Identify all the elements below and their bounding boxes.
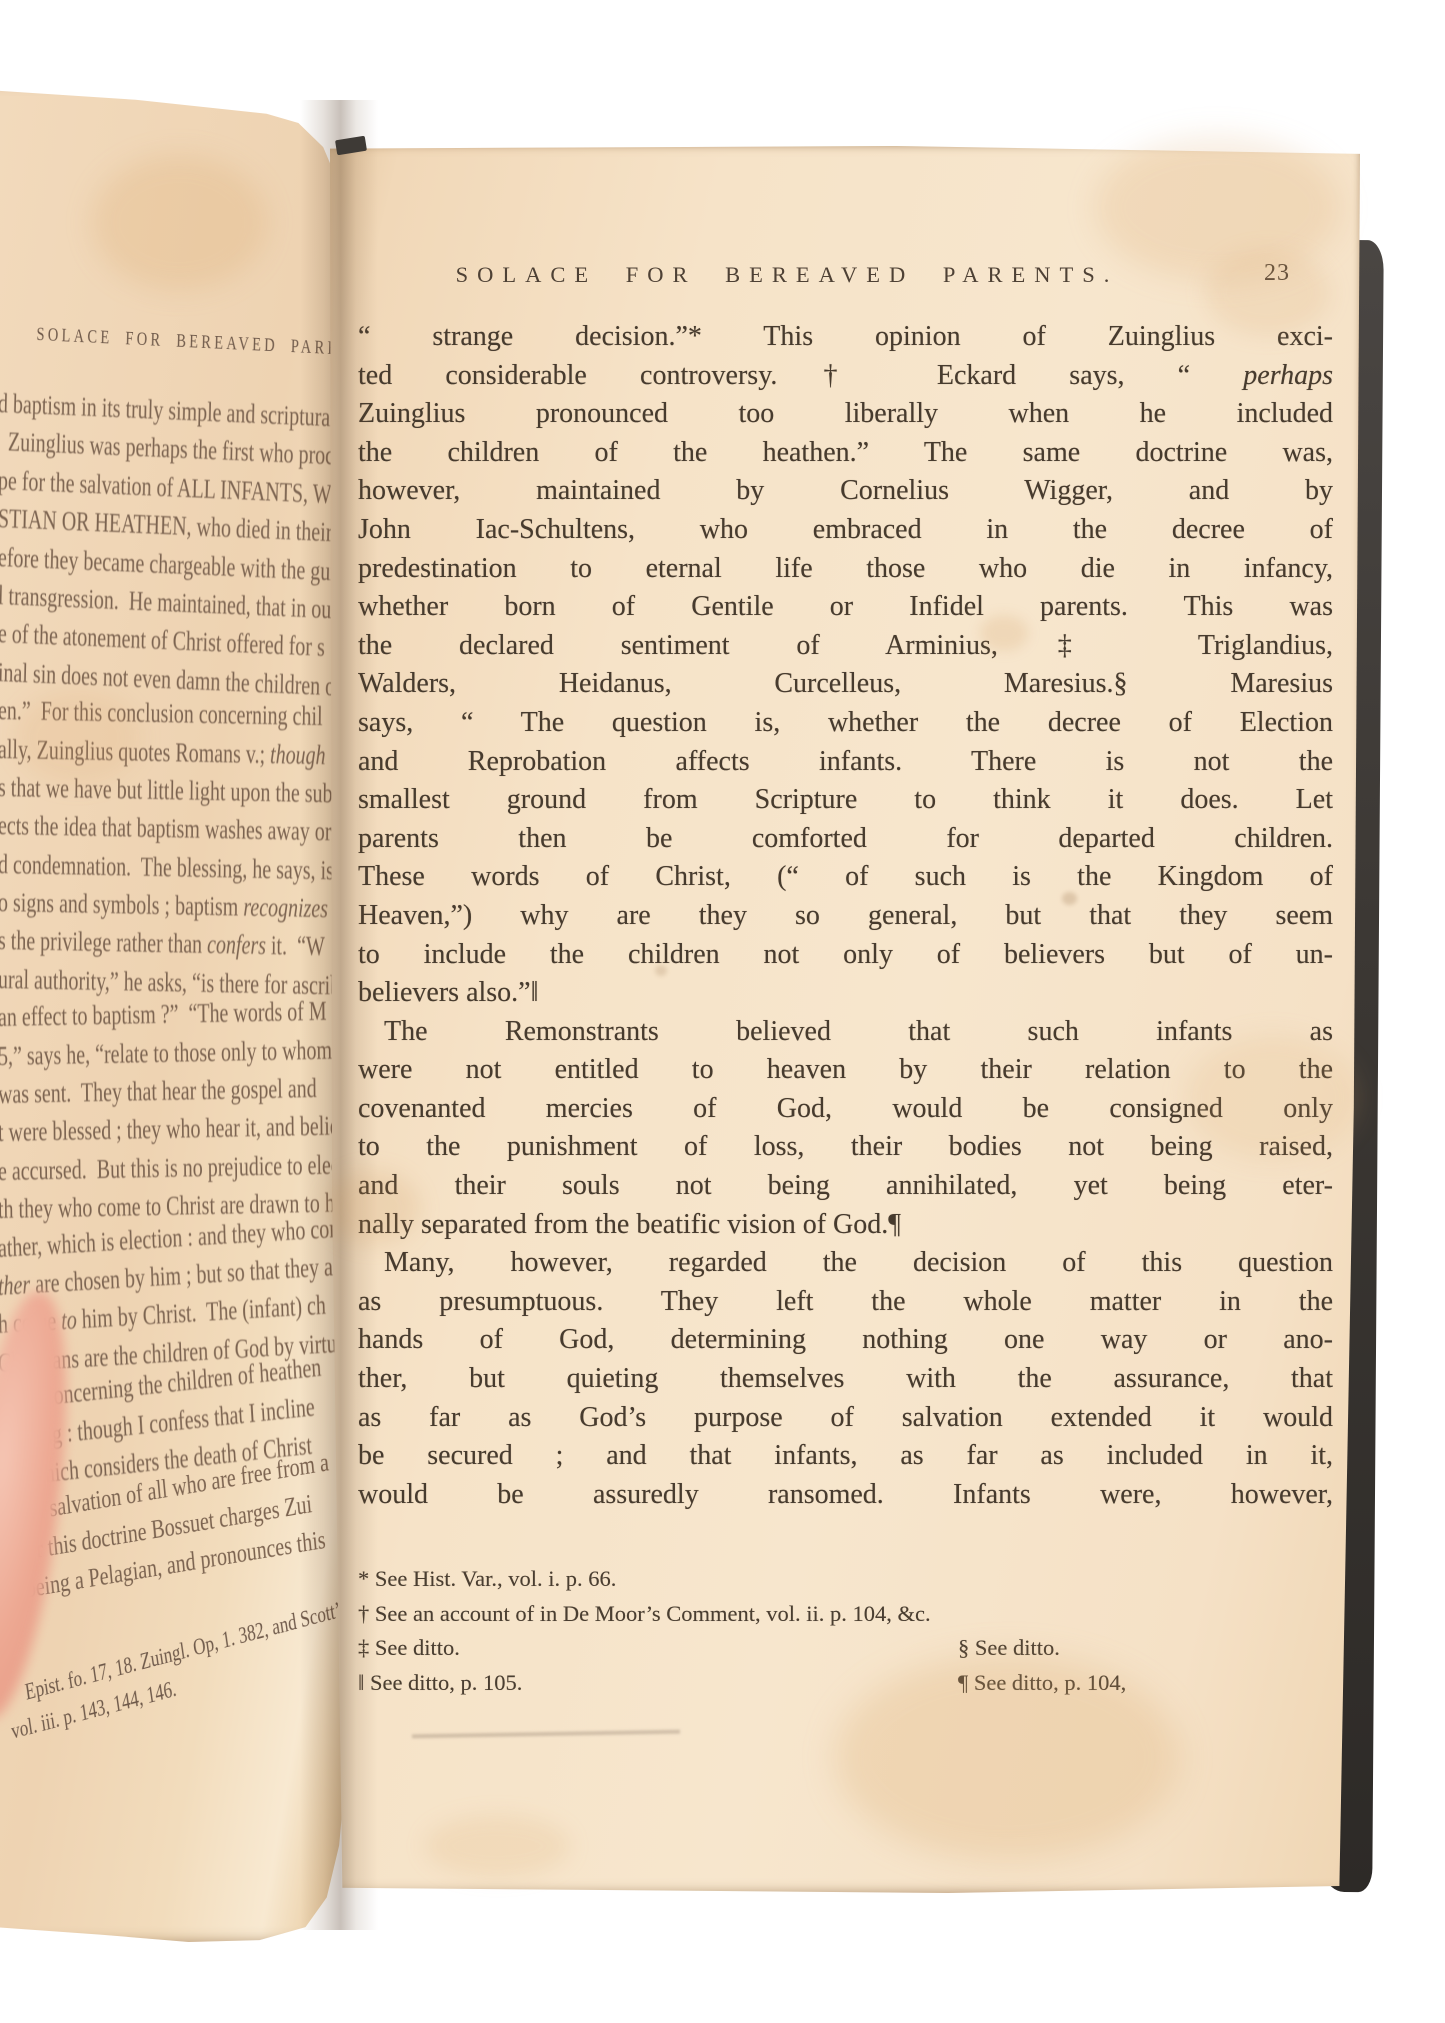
- right-page-text-line: hands of God, determining nothing one wa…: [358, 1321, 1333, 1360]
- left-page-text-line: an effect to baptism ?” “The words of M: [0, 991, 342, 1037]
- right-page-text-line: Many, however, regarded the decision of …: [358, 1244, 1333, 1283]
- left-page-text-line: e accursed. But this is no prejudice to …: [0, 1144, 342, 1190]
- right-page-text-line: to include the children not only of beli…: [358, 936, 1333, 975]
- footnote-text: § See ditto.: [958, 1631, 1060, 1666]
- footnote-text: * See Hist. Var., vol. i. p. 66.: [358, 1566, 616, 1591]
- left-page-text-line: t were blessed ; they who hear it, and b…: [0, 1106, 342, 1152]
- right-page-text-line: ted considerable controversy.† Eckard sa…: [358, 357, 1333, 396]
- right-page-text-line: predestination to eternal life those who…: [358, 550, 1333, 589]
- right-page-text-line: covenanted mercies of God, would be cons…: [358, 1090, 1333, 1129]
- right-page-text-line: The Remonstrants believed that such infa…: [358, 1013, 1333, 1052]
- right-page-text-line: “ strange decision.”* This opinion of Zu…: [358, 318, 1333, 357]
- right-page-text-line: were not entitled to heaven by their rel…: [358, 1051, 1333, 1090]
- right-page-text-line: Zuinglius pronounced too liberally when …: [358, 395, 1333, 434]
- right-page: SOLACE FOR BEREAVED PARENTS. 23 “ strang…: [330, 146, 1360, 1893]
- right-page-text-line: smallest ground from Scripture to think …: [358, 781, 1333, 820]
- left-page: SOLACE FOR BEREAVED PARENTS. d baptism i…: [0, 84, 348, 1942]
- right-page-text-line: the declared sentiment of Arminius,‡ Tri…: [358, 627, 1333, 666]
- right-page-text-line: as presumptuous. They left the whole mat…: [358, 1283, 1333, 1322]
- right-page-footnotes: * See Hist. Var., vol. i. p. 66.† See an…: [358, 1562, 1333, 1700]
- footnote-text: ¶ See ditto, p. 104,: [958, 1666, 1126, 1701]
- right-page-text-line: whether born of Gentile or Infidel paren…: [358, 588, 1333, 627]
- right-page-text-line: believers also.”‖: [358, 974, 1333, 1013]
- right-page-text-line: and Reprobation affects infants. There i…: [358, 743, 1333, 782]
- book-photo: SOLACE FOR BEREAVED PARENTS. d baptism i…: [0, 0, 1445, 2023]
- footnote-row: ‖ See ditto, p. 105.¶ See ditto, p. 104,: [358, 1666, 1333, 1701]
- right-page-text-line: and their souls not being annihilated, y…: [358, 1167, 1333, 1206]
- footnote-text: † See an account of in De Moor’s Comment…: [358, 1601, 931, 1626]
- right-page-text-line: however, maintained by Cornelius Wigger,…: [358, 472, 1333, 511]
- right-page-text-line: would be assuredly ransomed. Infants wer…: [358, 1476, 1333, 1515]
- right-page-text-line: John Iac-Schultens, who embraced in the …: [358, 511, 1333, 550]
- footnote-text: ‖ See ditto, p. 105.: [358, 1670, 522, 1695]
- right-page-text-line: nally separated from the beatific vision…: [358, 1206, 1333, 1245]
- right-page-text-line: Walders, Heidanus, Curcelleus, Maresius.…: [358, 665, 1333, 704]
- right-page-text-line: Heaven,”) why are they so general, but t…: [358, 897, 1333, 936]
- page-number: 23: [1235, 260, 1290, 287]
- right-page-text-line: These words of Christ, (“ of such is the…: [358, 858, 1333, 897]
- footnote-row: † See an account of in De Moor’s Comment…: [358, 1597, 1333, 1632]
- left-page-text-line: 5,” says he, “relate to those only to wh…: [0, 1029, 342, 1075]
- right-page-text-line: the children of the heathen.” The same d…: [358, 434, 1333, 473]
- left-page-running-header: SOLACE FOR BEREAVED PARENTS.: [36, 324, 342, 362]
- left-page-surface: SOLACE FOR BEREAVED PARENTS. d baptism i…: [0, 84, 342, 1942]
- footnote-row: ‡ See ditto.§ See ditto.: [358, 1631, 1333, 1666]
- right-page-text-block: “ strange decision.”* This opinion of Zu…: [358, 318, 1333, 1514]
- footnote-text: ‡ See ditto.: [358, 1635, 460, 1660]
- footnote-row: * See Hist. Var., vol. i. p. 66.: [358, 1562, 1333, 1597]
- right-page-text-line: parents then be comforted for departed c…: [358, 820, 1333, 859]
- right-page-text-line: says, “ The question is, whether the dec…: [358, 704, 1333, 743]
- right-page-running-header: SOLACE FOR BEREAVED PARENTS.: [387, 262, 1187, 288]
- right-page-text-line: ther, but quieting themselves with the a…: [358, 1360, 1333, 1399]
- right-page-text-line: be secured ; and that infants, as far as…: [358, 1437, 1333, 1476]
- right-page-text-line: as far as God’s purpose of salvation ext…: [358, 1399, 1333, 1438]
- pencil-smudge: [412, 1730, 680, 1739]
- right-page-text-line: to the punishment of loss, their bodies …: [358, 1128, 1333, 1167]
